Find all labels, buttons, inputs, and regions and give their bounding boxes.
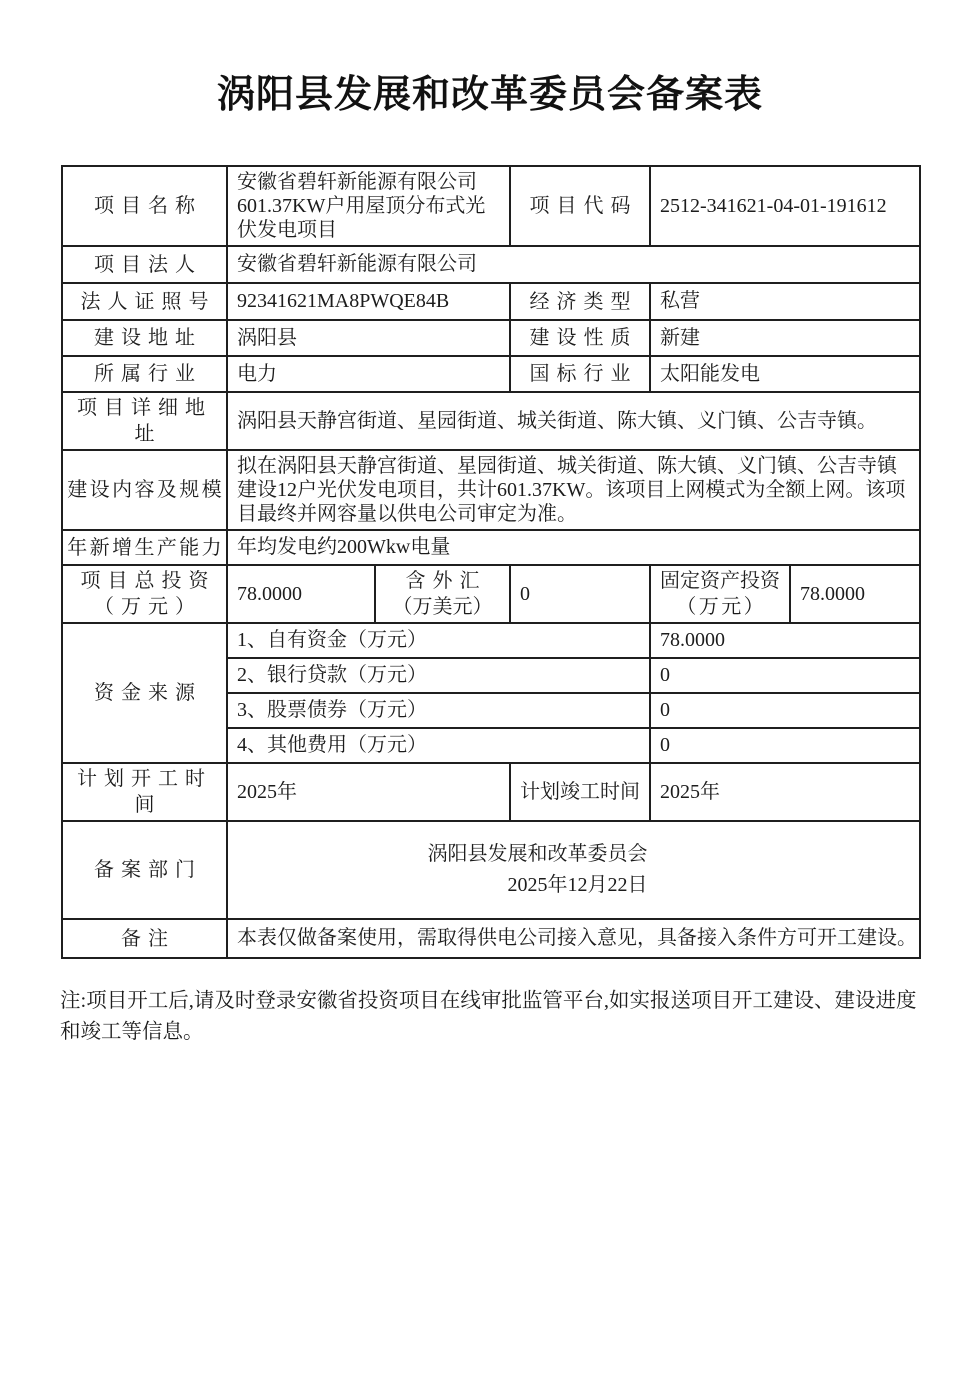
- row-license: 法人证照号 92341621MA8PWQE84B 经济类型 私营: [62, 283, 920, 320]
- construction-scope-value: 拟在涡阳县天静宫街道、星园街道、城关街道、陈大镇、义门镇、公吉寺镇建设12户光伏…: [227, 450, 920, 530]
- build-nature-value: 新建: [650, 320, 920, 356]
- funding-item-1-label: 1、自有资金（万元）: [227, 623, 650, 658]
- row-legal-person: 项目法人 安徽省碧轩新能源有限公司: [62, 246, 920, 283]
- complete-time-value: 2025年: [650, 763, 920, 821]
- funding-item-3-value: 0: [650, 693, 920, 728]
- fixed-assets-value: 78.0000: [790, 565, 920, 623]
- total-investment-value: 78.0000: [227, 565, 375, 623]
- row-funding-1: 资金来源 1、自有资金（万元） 78.0000: [62, 623, 920, 658]
- row-remarks: 备注 本表仅做备案使用，需取得供电公司接入意见，具备接入条件方可开工建设。: [62, 919, 920, 958]
- filing-department-value: 涡阳县发展和改革委员会 2025年12月22日: [227, 821, 920, 919]
- filing-department-org: 涡阳县发展和改革委员会: [428, 843, 648, 865]
- legal-person-label: 项目法人: [62, 246, 227, 283]
- funding-item-2-label: 2、银行贷款（万元）: [227, 658, 650, 693]
- build-nature-label: 建设性质: [510, 320, 650, 356]
- row-filing-department: 备案部门 涡阳县发展和改革委员会 2025年12月22日: [62, 821, 920, 919]
- national-industry-label: 国标行业: [510, 356, 650, 392]
- funding-item-1-value: 78.0000: [650, 623, 920, 658]
- national-industry-value: 太阳能发电: [650, 356, 920, 392]
- construction-scope-label: 建设内容及规模: [62, 450, 227, 530]
- page-title: 涡阳县发展和改革委员会备案表: [0, 0, 980, 119]
- row-industry: 所属行业 电力 国标行业 太阳能发电: [62, 356, 920, 392]
- row-detail-address: 项目详细地址 涡阳县天静宫街道、星园街道、城关街道、陈大镇、义门镇、公吉寺镇。: [62, 392, 920, 450]
- funding-item-3-label: 3、股票债券（万元）: [227, 693, 650, 728]
- start-time-value: 2025年: [227, 763, 510, 821]
- project-code-value: 2512-341621-04-01-191612: [650, 166, 920, 246]
- document-page: 涡阳县发展和改革委员会备案表 项目名称 安徽省碧轩新能源有限公司601.37KW…: [0, 0, 980, 1387]
- complete-time-label: 计划竣工时间: [510, 763, 650, 821]
- annual-capacity-value: 年均发电约200Wkw电量: [227, 530, 920, 565]
- start-time-label: 计划开工时间: [62, 763, 227, 821]
- project-name-value: 安徽省碧轩新能源有限公司601.37KW户用屋顶分布式光伏发电项目: [227, 166, 510, 246]
- detail-address-value: 涡阳县天静宫街道、星园街道、城关街道、陈大镇、义门镇、公吉寺镇。: [227, 392, 920, 450]
- license-no-value: 92341621MA8PWQE84B: [227, 283, 510, 320]
- filing-department-signature: 涡阳县发展和改革委员会 2025年12月22日: [428, 839, 648, 901]
- build-address-label: 建设地址: [62, 320, 227, 356]
- funding-item-4-value: 0: [650, 728, 920, 763]
- remarks-value: 本表仅做备案使用，需取得供电公司接入意见，具备接入条件方可开工建设。: [227, 919, 920, 958]
- foreign-exchange-label: 含外汇（万美元）: [375, 565, 510, 623]
- economy-type-label: 经济类型: [510, 283, 650, 320]
- funding-item-2-value: 0: [650, 658, 920, 693]
- build-address-value: 涡阳县: [227, 320, 510, 356]
- total-investment-label: 项目总投资（万元）: [62, 565, 227, 623]
- fixed-assets-label: 固定资产投资（万元）: [650, 565, 790, 623]
- filing-form-table: 项目名称 安徽省碧轩新能源有限公司601.37KW户用屋顶分布式光伏发电项目 项…: [61, 165, 921, 959]
- annual-capacity-label: 年新增生产能力: [62, 530, 227, 565]
- row-annual-capacity: 年新增生产能力 年均发电约200Wkw电量: [62, 530, 920, 565]
- footnote: 注:项目开工后,请及时登录安徽省投资项目在线审批监管平台,如实报送项目开工建设、…: [60, 986, 922, 1048]
- project-code-label: 项目代码: [510, 166, 650, 246]
- foreign-exchange-value: 0: [510, 565, 650, 623]
- industry-value: 电力: [227, 356, 510, 392]
- detail-address-label: 项目详细地址: [62, 392, 227, 450]
- filing-date: 2025年12月22日: [428, 870, 648, 901]
- row-construction-scope: 建设内容及规模 拟在涡阳县天静宫街道、星园街道、城关街道、陈大镇、义门镇、公吉寺…: [62, 450, 920, 530]
- license-no-label: 法人证照号: [62, 283, 227, 320]
- row-build-address: 建设地址 涡阳县 建设性质 新建: [62, 320, 920, 356]
- remarks-label: 备注: [62, 919, 227, 958]
- funding-source-label: 资金来源: [62, 623, 227, 763]
- row-project-name: 项目名称 安徽省碧轩新能源有限公司601.37KW户用屋顶分布式光伏发电项目 项…: [62, 166, 920, 246]
- funding-item-4-label: 4、其他费用（万元）: [227, 728, 650, 763]
- project-name-label: 项目名称: [62, 166, 227, 246]
- legal-person-value: 安徽省碧轩新能源有限公司: [227, 246, 920, 283]
- filing-department-label: 备案部门: [62, 821, 227, 919]
- row-schedule: 计划开工时间 2025年 计划竣工时间 2025年: [62, 763, 920, 821]
- row-investment: 项目总投资（万元） 78.0000 含外汇（万美元） 0 固定资产投资（万元） …: [62, 565, 920, 623]
- economy-type-value: 私营: [650, 283, 920, 320]
- industry-label: 所属行业: [62, 356, 227, 392]
